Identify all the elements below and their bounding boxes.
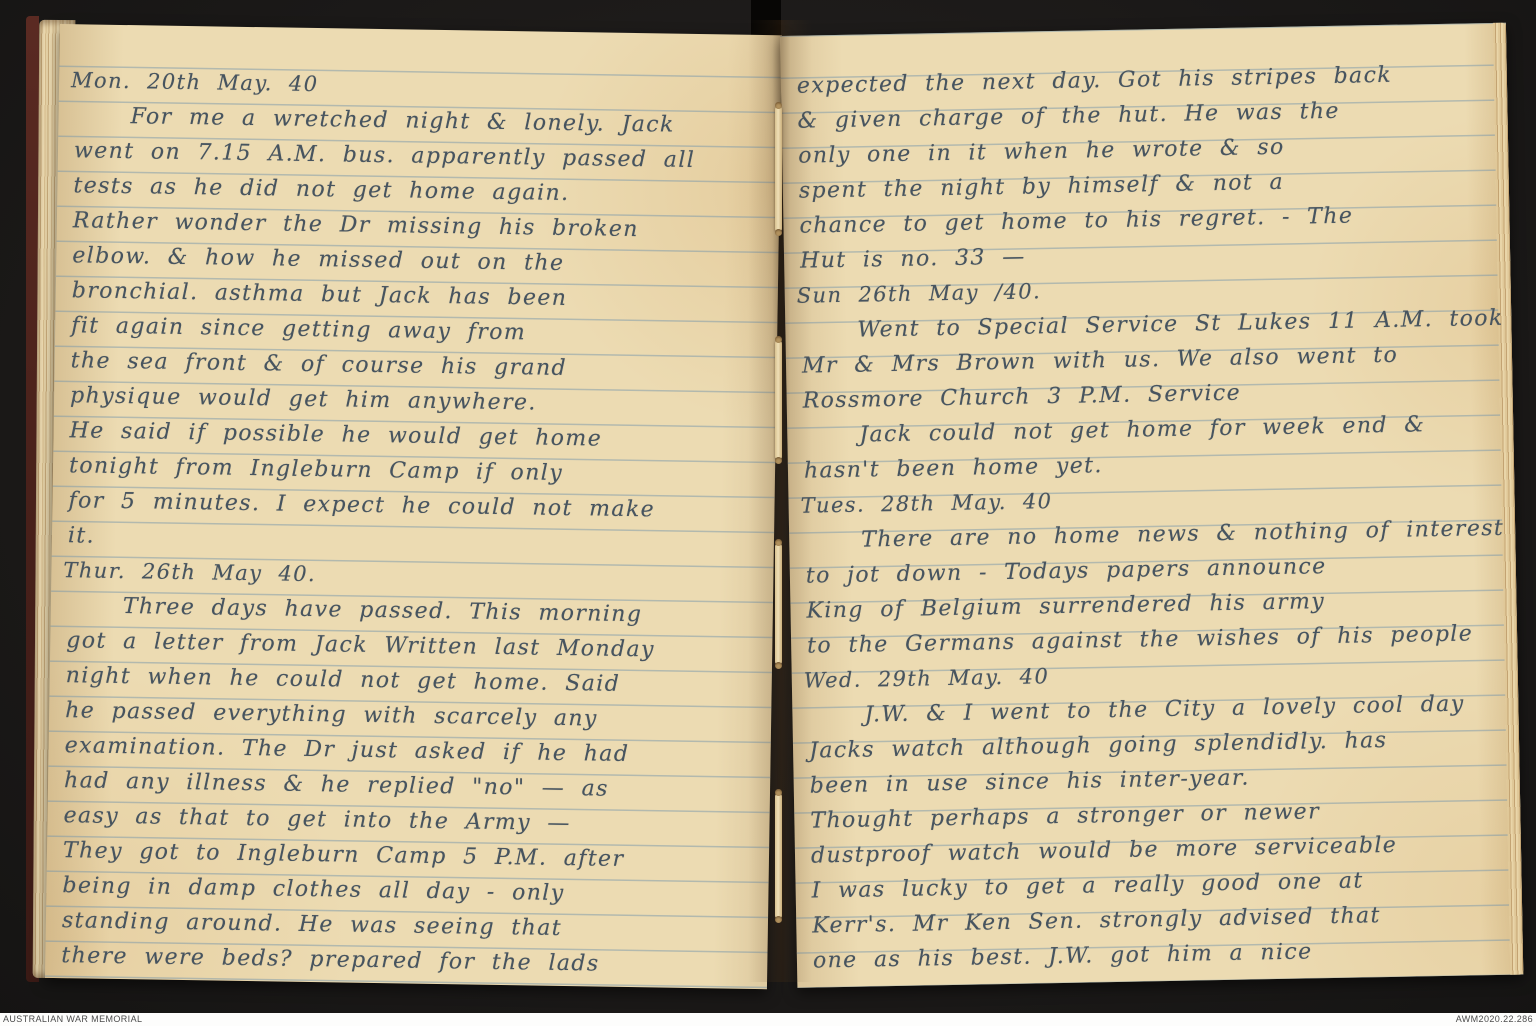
spine-stitch [775,543,782,665]
handwriting-right: expected the next day. Got his stripes b… [791,57,1520,980]
photo-backdrop: Mon. 20th May. 40For me a wretched night… [0,0,1536,1026]
archive-id: AWM2020.22.286 [1456,1013,1533,1026]
diary-page-left: Mon. 20th May. 40For me a wretched night… [45,24,782,989]
handwriting-left: Mon. 20th May. 40For me a wretched night… [55,64,777,985]
spine-stitch [775,340,782,460]
spine-stitch [775,106,782,232]
archive-credit: AUSTRALIAN WAR MEMORIAL [3,1013,142,1026]
spine-stitch [775,793,782,919]
archive-footer: AUSTRALIAN WAR MEMORIAL AWM2020.22.286 [0,1013,1536,1026]
diary-page-right: expected the next day. Got his stripes b… [780,23,1523,988]
